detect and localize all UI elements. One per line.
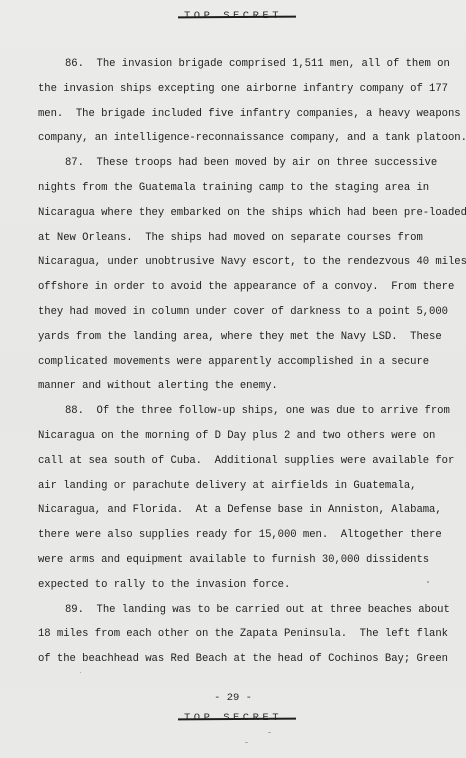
paragraph-88-line-2: Nicaragua on the morning of D Day plus 2… — [38, 424, 456, 449]
paragraph-87-line-3: Nicaragua where they embarked on the shi… — [38, 201, 456, 226]
document-body: 86. The invasion brigade comprised 1,511… — [38, 52, 456, 672]
top-secret-strikethrough-footer: TOP SECRET — [180, 712, 286, 724]
paragraph-87-line-9: complicated movements were apparently ac… — [38, 350, 456, 375]
paragraph-86-line-4: company, an intelligence-reconnaissance … — [38, 126, 456, 151]
paragraph-87-line-6: offshore in order to avoid the appearanc… — [38, 275, 456, 300]
paragraph-88-line-7: were arms and equipment available to fur… — [38, 548, 456, 573]
paragraph-88-line-3: call at sea south of Cuba. Additional su… — [38, 449, 456, 474]
paragraph-87-line-10: manner and without alerting the enemy. — [38, 374, 456, 399]
scan-speck — [427, 581, 429, 583]
paragraph-86-line-3: men. The brigade included five infantry … — [38, 102, 456, 127]
header-classification-marking: TOP SECRET — [0, 10, 466, 22]
paragraph-86-line-2: the invasion ships excepting one airborn… — [38, 77, 456, 102]
paragraph-88-line-4: air landing or parachute delivery at air… — [38, 474, 456, 499]
paragraph-87-line-4: at New Orleans. The ships had moved on s… — [38, 226, 456, 251]
paragraph-87-line-8: yards from the landing area, where they … — [38, 325, 456, 350]
paragraph-89-line-1: 89. The landing was to be carried out at… — [38, 598, 456, 623]
paragraph-88-line-8: expected to rally to the invasion force. — [38, 573, 456, 598]
paragraph-87-line-5: Nicaragua, under unobtrusive Navy escort… — [38, 250, 456, 275]
paragraph-88-line-6: there were also supplies ready for 15,00… — [38, 523, 456, 548]
scan-speck — [80, 672, 81, 673]
paragraph-89-line-2: 18 miles from each other on the Zapata P… — [38, 622, 456, 647]
paragraph-87-line-7: they had moved in column under cover of … — [38, 300, 456, 325]
paragraph-86-line-1: 86. The invasion brigade comprised 1,511… — [38, 52, 456, 77]
top-secret-strikethrough-header: TOP SECRET — [180, 10, 286, 22]
document-page: TOP SECRET 86. The invasion brigade comp… — [0, 0, 466, 758]
footer-classification-marking: TOP SECRET — [0, 712, 466, 724]
paragraph-88-line-5: Nicaragua, and Florida. At a Defense bas… — [38, 498, 456, 523]
scan-speck — [268, 732, 271, 733]
paragraph-87-line-2: nights from the Guatemala training camp … — [38, 176, 456, 201]
paragraph-89-line-3: of the beachhead was Red Beach at the he… — [38, 647, 456, 672]
paragraph-87-line-1: 87. These troops had been moved by air o… — [38, 151, 456, 176]
scan-speck — [245, 742, 248, 743]
paragraph-88-line-1: 88. Of the three follow-up ships, one wa… — [38, 399, 456, 424]
page-number: - 29 - — [0, 692, 466, 704]
